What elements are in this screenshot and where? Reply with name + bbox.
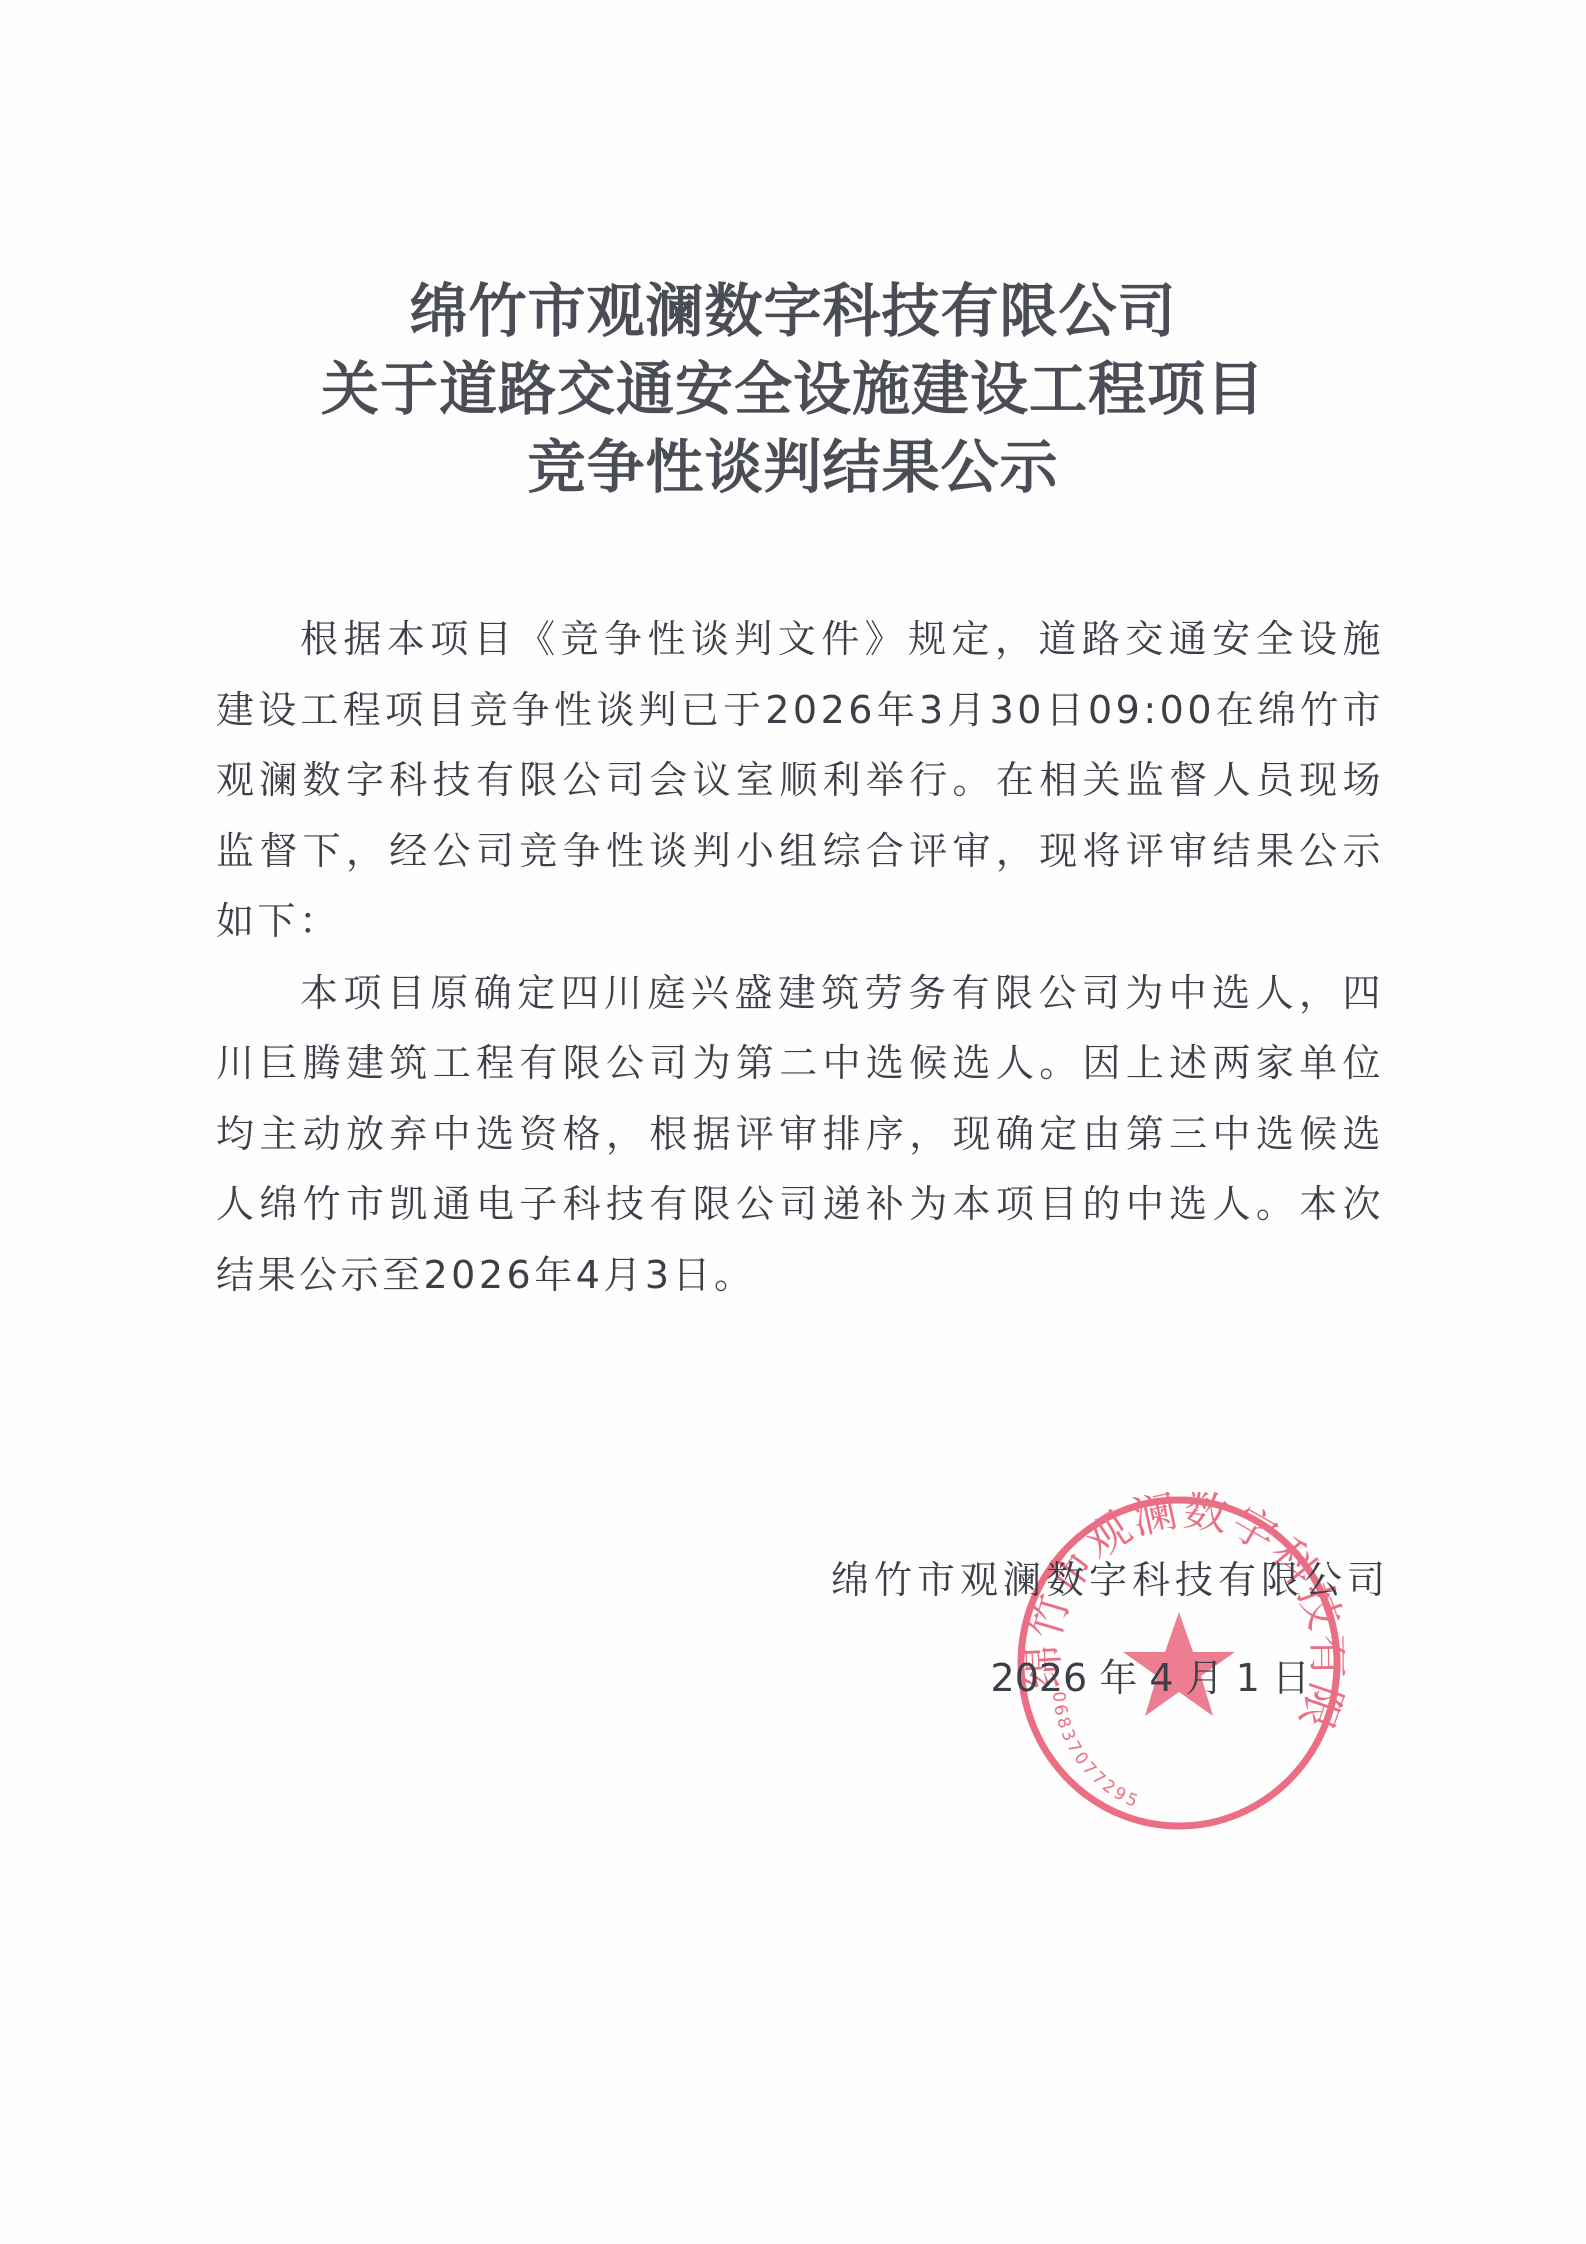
paragraph-2-line-3: 均主动放弃中选资格，根据评审排序，现确定由第三中选候选 [216, 1099, 1384, 1170]
paragraph-1-line-2: 建设工程项目竞争性谈判已于2026年3月30日09:00在绵竹市 [216, 675, 1384, 746]
paragraph-2-line-2: 川巨腾建筑工程有限公司为第二中选候选人。因上述两家单位 [216, 1028, 1384, 1099]
paragraph-2-line-5: 结果公示至2026年4月3日。 [216, 1240, 1384, 1311]
svg-text:06837077295: 06837077295 [1048, 1690, 1143, 1813]
signature-block: 绵竹市观澜数字科技有限公司 2026 年 4 月 1 日 [831, 1560, 1390, 1698]
paragraph-2-line-1: 本项目原确定四川庭兴盛建筑劳务有限公司为中选人，四 [216, 958, 1384, 1029]
signature-date: 2026 年 4 月 1 日 [831, 1658, 1390, 1698]
paragraph-1-line-5: 如下： [216, 886, 1384, 957]
paragraph-1-line-1: 根据本项目《竞争性谈判文件》规定，道路交通安全设施 [216, 604, 1384, 675]
paragraph-1: 根据本项目《竞争性谈判文件》规定，道路交通安全设施 建设工程项目竞争性谈判已于2… [216, 604, 1384, 957]
document-page: 绵竹市观澜数字科技有限公司 关于道路交通安全设施建设工程项目 竞争性谈判结果公示… [0, 0, 1586, 2244]
document-body: 根据本项目《竞争性谈判文件》规定，道路交通安全设施 建设工程项目竞争性谈判已于2… [216, 604, 1384, 1310]
document-title: 绵竹市观澜数字科技有限公司 关于道路交通安全设施建设工程项目 竞争性谈判结果公示 [0, 272, 1586, 506]
title-line-2: 关于道路交通安全设施建设工程项目 [0, 350, 1586, 428]
paragraph-1-line-4: 监督下，经公司竞争性谈判小组综合评审，现将评审结果公示 [216, 816, 1384, 887]
signature-company: 绵竹市观澜数字科技有限公司 [831, 1560, 1390, 1600]
paragraph-2: 本项目原确定四川庭兴盛建筑劳务有限公司为中选人，四 川巨腾建筑工程有限公司为第二… [216, 958, 1384, 1311]
stamp-serial: 06837077295 [1048, 1690, 1143, 1813]
paragraph-2-line-4: 人绵竹市凯通电子科技有限公司递补为本项目的中选人。本次 [216, 1169, 1384, 1240]
paragraph-1-line-3: 观澜数字科技有限公司会议室顺利举行。在相关监督人员现场 [216, 745, 1384, 816]
title-line-1: 绵竹市观澜数字科技有限公司 [0, 272, 1586, 350]
title-line-3: 竞争性谈判结果公示 [0, 428, 1586, 506]
